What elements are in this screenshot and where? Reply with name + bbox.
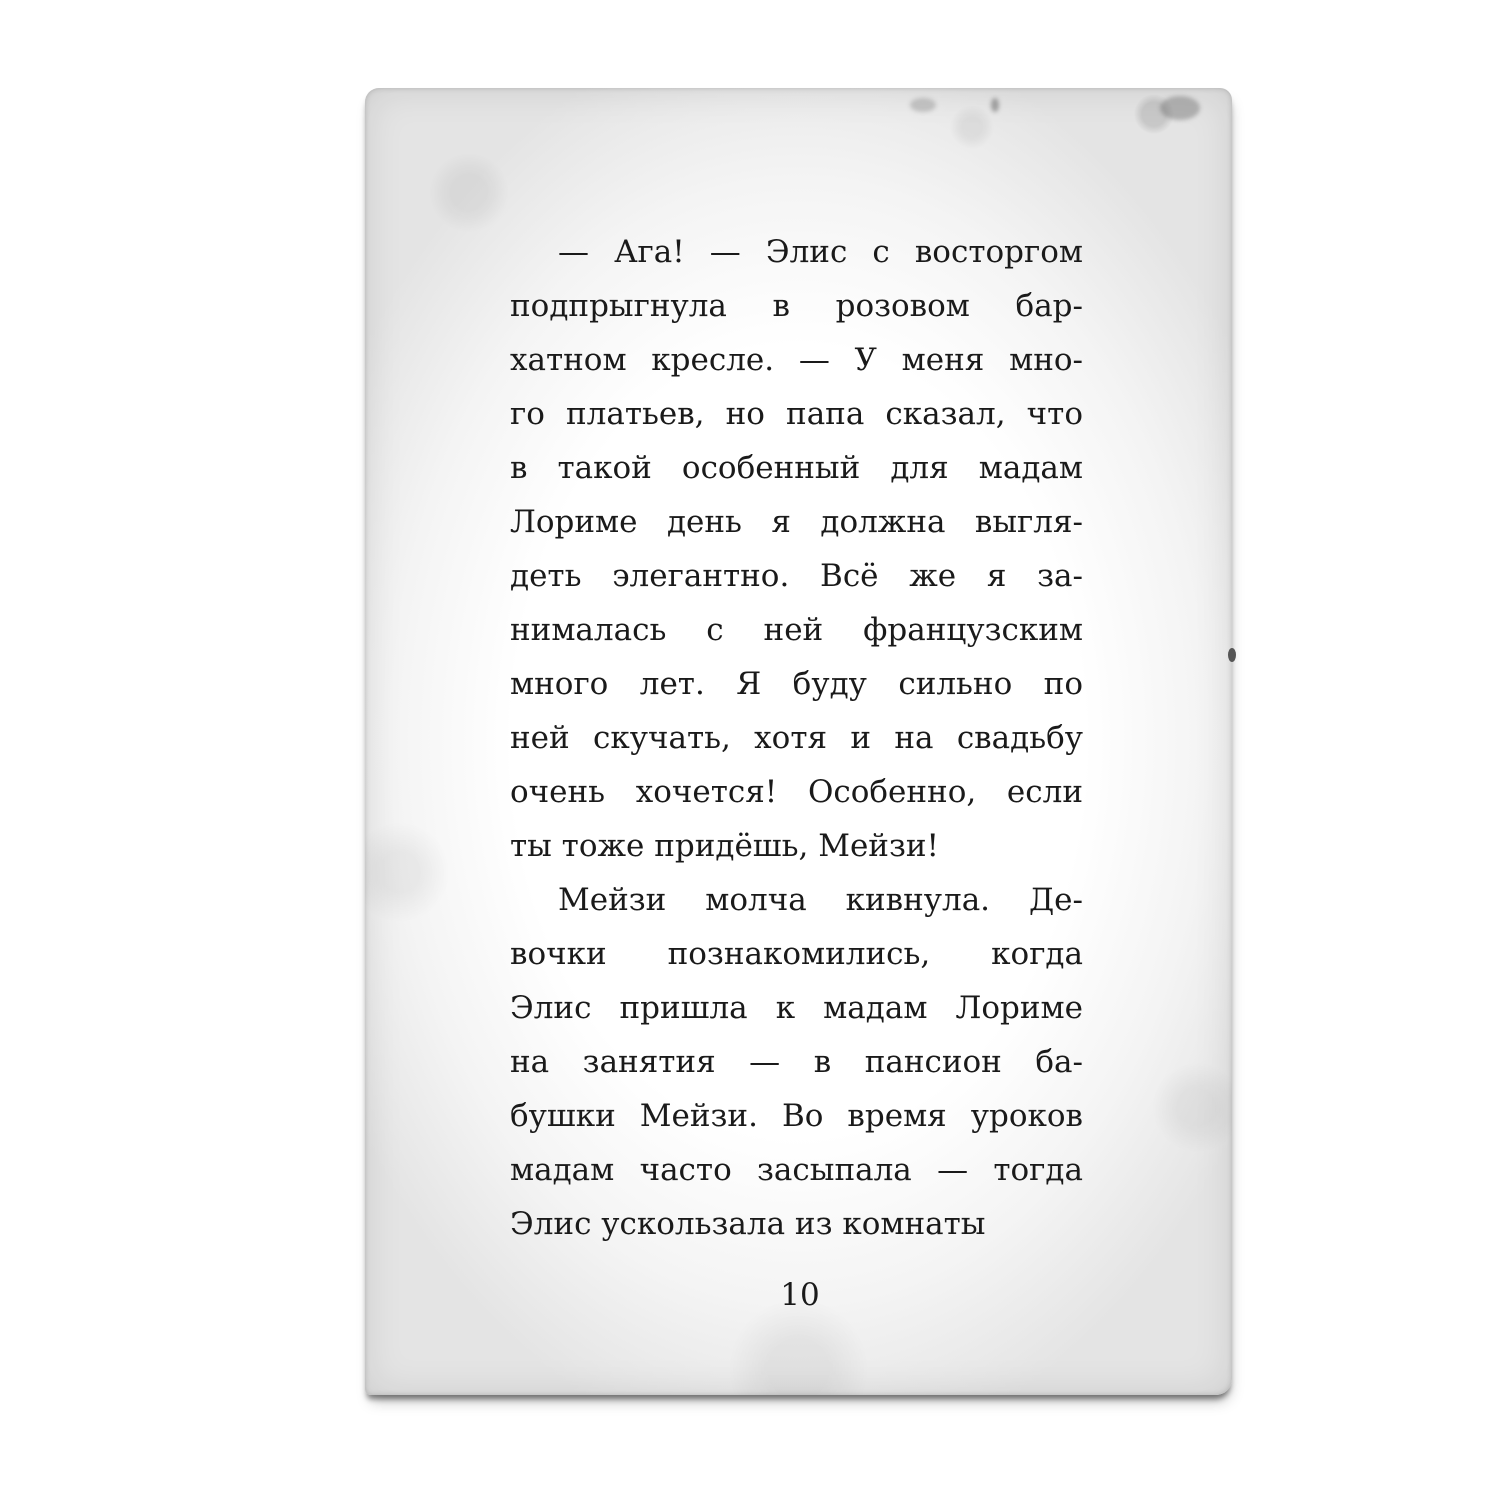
paper-stain	[1160, 96, 1200, 120]
text-line: Мейзи молча кивнула. Де-	[510, 873, 1083, 927]
text-line: го платьев, но папа сказал, что	[510, 387, 1083, 441]
text-line: Элис пришла к мадам Лориме	[510, 981, 1083, 1035]
paragraph: Мейзи молча кивнула. Де-вочки познакомил…	[510, 873, 1083, 1251]
paper-stain	[991, 98, 999, 112]
text-line: Лориме день я должна выгля-	[510, 495, 1083, 549]
text-line: ней скучать, хотя и на свадьбу	[510, 711, 1083, 765]
text-line: подпрыгнула в розовом бар-	[510, 279, 1083, 333]
page-body-text: — Ага! — Элис с восторгомподпрыгнула в р…	[510, 225, 1083, 1251]
text-line: хатном кресле. — У меня мно-	[510, 333, 1083, 387]
text-line: вочки познакомились, когда	[510, 927, 1083, 981]
paper-stain	[910, 98, 936, 112]
text-line: на занятия — в пансион ба-	[510, 1035, 1083, 1089]
text-line: ты тоже придёшь, Мейзи!	[510, 819, 1083, 873]
text-line: — Ага! — Элис с восторгом	[510, 225, 1083, 279]
paper-edge-nick	[1228, 648, 1236, 662]
text-line: очень хочется! Особенно, если	[510, 765, 1083, 819]
text-line: мадам часто засыпала — тогда	[510, 1143, 1083, 1197]
stage: — Ага! — Элис с восторгомподпрыгнула в р…	[0, 0, 1500, 1500]
text-line: нималась с ней французским	[510, 603, 1083, 657]
text-line: много лет. Я буду сильно по	[510, 657, 1083, 711]
text-line: бушки Мейзи. Во время уроков	[510, 1089, 1083, 1143]
page-number: 10	[700, 1275, 900, 1315]
text-line: деть элегантно. Всё же я за-	[510, 549, 1083, 603]
text-line: Элис ускользала из комнаты	[510, 1197, 1083, 1251]
text-line: в такой особенный для мадам	[510, 441, 1083, 495]
paragraph: — Ага! — Элис с восторгомподпрыгнула в р…	[510, 225, 1083, 873]
